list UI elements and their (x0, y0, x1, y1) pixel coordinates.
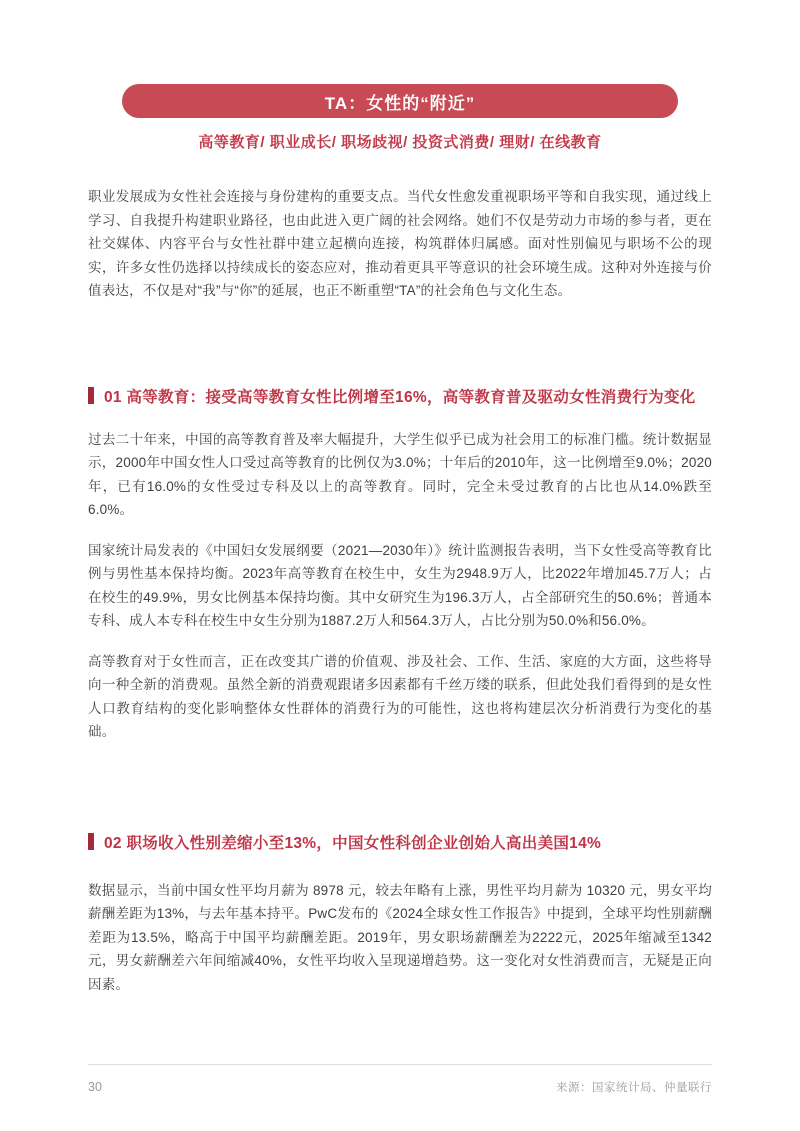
topic-tags-line: 高等教育/ 职业成长/ 职场歧视/ 投资式消费/ 理财/ 在线教育 (0, 132, 800, 154)
section-01-paragraph-3: 高等教育对于女性而言，正在改变其广谱的价值观、涉及社会、工作、生活、家庭的大方面… (88, 650, 712, 744)
section-01-paragraph-2: 国家统计局发表的《中国妇女发展纲要（2021—2030年）》统计监测报告表明，当… (88, 539, 712, 633)
section-01-paragraph-1: 过去二十年来，中国的高等教育普及率大幅提升，大学生似乎已成为社会用工的标准门槛。… (88, 428, 712, 522)
page-content: 职业发展成为女性社会连接与身份建构的重要支点。当代女性愈发重视职场平等和自我实现… (0, 185, 800, 996)
section-01-heading-text: 01 高等教育：接受高等教育女性比例增至16%，高等教育普及驱动女性消费行为变化 (104, 385, 696, 407)
section-01-heading: 01 高等教育：接受高等教育女性比例增至16%，高等教育普及驱动女性消费行为变化 (88, 385, 712, 407)
section-02-heading: 02 职场收入性别差缩小至13%，中国女性科创企业创始人高出美国14% (88, 831, 712, 853)
chapter-banner: TA：女性的“附近” (122, 84, 678, 118)
section-02-heading-text: 02 职场收入性别差缩小至13%，中国女性科创企业创始人高出美国14% (104, 831, 601, 853)
section-02: 02 职场收入性别差缩小至13%，中国女性科创企业创始人高出美国14% 数据显示… (88, 831, 712, 997)
source-note: 来源：国家统计局、仲量联行 (556, 1079, 712, 1095)
section-01: 01 高等教育：接受高等教育女性比例增至16%，高等教育普及驱动女性消费行为变化… (88, 385, 712, 744)
chapter-title: TA：女性的“附近” (325, 89, 475, 114)
report-page: TA：女性的“附近” 高等教育/ 职业成长/ 职场歧视/ 投资式消费/ 理财/ … (0, 0, 800, 1131)
page-footer: 30 来源：国家统计局、仲量联行 (88, 1064, 712, 1095)
intro-paragraph: 职业发展成为女性社会连接与身份建构的重要支点。当代女性愈发重视职场平等和自我实现… (88, 185, 712, 303)
heading-bar-icon (88, 833, 94, 850)
page-number: 30 (88, 1080, 102, 1094)
heading-bar-icon (88, 387, 94, 404)
section-02-paragraph-1: 数据显示，当前中国女性平均月薪为 8978 元，较去年略有上涨，男性平均月薪为 … (88, 879, 712, 997)
